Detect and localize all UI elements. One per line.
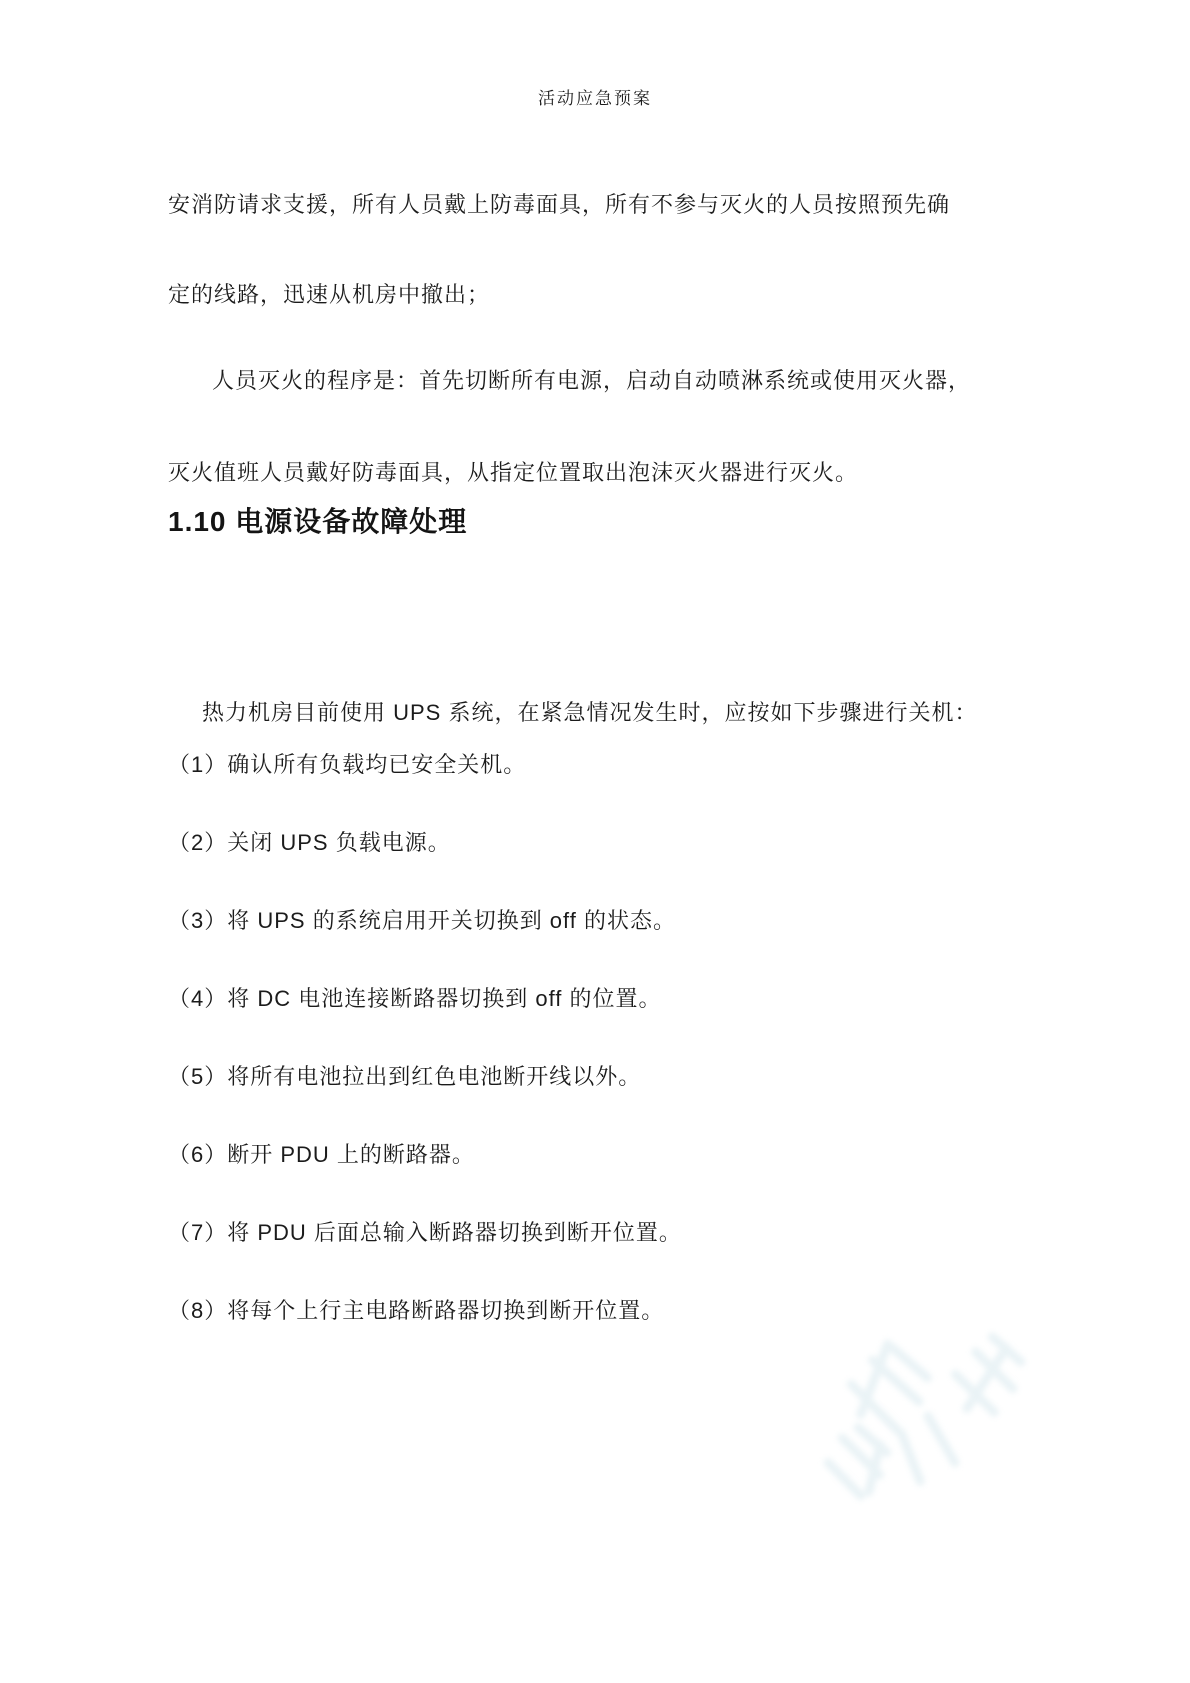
- shutdown-steps-list: （1）确认所有负载均已安全关机。 （2）关闭 UPS 负载电源。 （3）将 UP…: [168, 750, 682, 1326]
- list-item: （8）将每个上行主电路断路器切换到断开位置。: [168, 1296, 682, 1326]
- paragraph-ups-shutdown-intro: 热力机房目前使用 UPS 系统，在紧急情况发生时，应按如下步骤进行关机：: [202, 698, 977, 728]
- faint-stamp-watermark: [810, 1260, 1030, 1560]
- paragraph-extinguish-procedure-line1: 人员灭火的程序是：首先切断所有电源，启动自动喷淋系统或使用灭火器，: [212, 366, 971, 396]
- list-item: （6）断开 PDU 上的断路器。: [168, 1140, 682, 1170]
- paragraph-fire-evacuation-line1: 安消防请求支援，所有人员戴上防毒面具，所有不参与灭火的人员按照预先确: [168, 190, 950, 220]
- list-item: （7）将 PDU 后面总输入断路器切换到断开位置。: [168, 1218, 682, 1248]
- paragraph-fire-evacuation-line2: 定的线路，迅速从机房中撤出；: [168, 280, 490, 310]
- section-heading-power-equipment-failure: 1.10 电源设备故障处理: [168, 500, 467, 540]
- page-header-title: 活动应急预案: [0, 84, 1190, 109]
- list-item: （3）将 UPS 的系统启用开关切换到 off 的状态。: [168, 906, 682, 936]
- list-item: （1）确认所有负载均已安全关机。: [168, 750, 682, 780]
- list-item: （4）将 DC 电池连接断路器切换到 off 的位置。: [168, 984, 682, 1014]
- paragraph-extinguish-procedure-line2: 灭火值班人员戴好防毒面具，从指定位置取出泡沫灭火器进行灭火。: [168, 458, 858, 488]
- document-page: 活动应急预案 安消防请求支援，所有人员戴上防毒面具，所有不参与灭火的人员按照预先…: [0, 0, 1190, 1683]
- list-item: （2）关闭 UPS 负载电源。: [168, 828, 682, 858]
- list-item: （5）将所有电池拉出到红色电池断开线以外。: [168, 1062, 682, 1092]
